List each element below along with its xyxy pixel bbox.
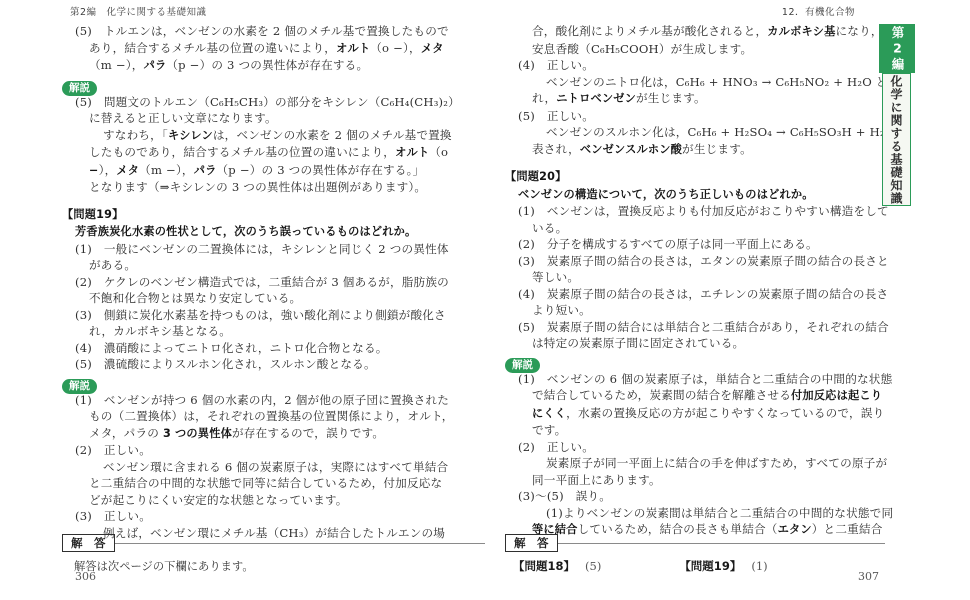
- body-text: より短い。: [532, 303, 591, 317]
- body-text: 安息香酸（C₆H₅COOH）が生成します。: [532, 42, 752, 56]
- body-text: が生じます。: [636, 91, 706, 105]
- body-text: (5) 炭素原子間の結合には単結合と二重結合があり，それぞれの結合: [518, 320, 889, 334]
- body-text: ベンゼンのニトロ化は，C₆H₆ + HNO₃ → C₆H₅NO₂ + H₂O と…: [546, 75, 911, 89]
- text-line: (2) 正しい。: [62, 442, 485, 459]
- body-text: (2) 正しい。: [75, 443, 151, 457]
- text-line: (2) 正しい。: [505, 439, 885, 456]
- answer-note: 解答は次ページの下欄にあります。: [62, 558, 485, 574]
- body-text: (1) ベンゼンが持つ 6 個の水素の内，2 個が他の原子団に置換された: [75, 393, 449, 407]
- text-line: れ，ニトロベンゼンが生じます。: [505, 90, 885, 108]
- right-page: 12．有機化合物 合，酸化剤によりメチル基が酸化されると，カルボキシ基になり，安…: [505, 0, 885, 600]
- body-text: れ，: [532, 91, 556, 105]
- body-text: 等しい。: [532, 270, 579, 284]
- body-text: (1) ベンゼンは，置換反応よりも付加反応がおこりやすい構造をして: [518, 204, 889, 218]
- body-text: が生じます。: [682, 142, 752, 156]
- text-line: ベンゼンのニトロ化は，C₆H₆ + HNO₃ → C₆H₅NO₂ + H₂O と…: [505, 74, 885, 91]
- emphasis-text: キシレン: [168, 129, 213, 142]
- text-line: (3) 側鎖に炭化水素基を持つものは，強い酸化剤により側鎖が酸化さ: [62, 307, 485, 324]
- text-line: (1) ベンゼンが持つ 6 個の水素の内，2 個が他の原子団に置換された: [62, 392, 485, 409]
- text-line: 合，酸化剤によりメチル基が酸化されると，カルボキシ基になり，: [505, 23, 885, 41]
- emphasis-text: 付加反応は起こり: [791, 389, 882, 402]
- text-line: −），メタ（m −），パラ（p −）の 3 つの異性体が存在する。」: [62, 162, 485, 180]
- body-text: (3) 正しい。: [75, 509, 151, 523]
- answer-value: (1): [751, 559, 767, 573]
- body-text: もの（二置換体）は，それぞれの置換基の位置関係により，オルト，: [89, 409, 454, 423]
- emphasis-text: カルボキシ基: [767, 25, 835, 38]
- body-text: (2) 分子を構成するすべての原子は同一平面上にある。: [518, 237, 818, 251]
- right-page-body: 合，酸化剤によりメチル基が酸化されると，カルボキシ基になり，安息香酸（C₆H₅C…: [505, 0, 885, 539]
- emphasis-text: 【問題19】: [62, 208, 124, 221]
- text-line: 炭素原子が同一平面上に結合の手を伸ばすため，すべての原子が: [505, 455, 885, 472]
- text-line: (3) 正しい。: [62, 508, 485, 525]
- body-text: (2) ケクレのベンゼン構造式では，二重結合が 3 個あるが，脂肪族の: [75, 275, 449, 289]
- body-text: (1) ベンゼンの 6 個の炭素原子は，単結合と二重結合の中間的な状態: [518, 372, 892, 386]
- body-text: （m −），: [89, 58, 144, 72]
- body-text: (1)よりベンゼンの炭素間は単結合と二重結合の中間的な状態で同: [546, 506, 893, 520]
- emphasis-text: オルト: [395, 146, 429, 159]
- body-text: ，水素の置換反応の方が起こりやすくなっているので，誤り: [566, 406, 884, 420]
- text-line: すなわち，「キシレンは，ベンゼンの水素を 2 個のメチル基で置換: [62, 127, 485, 145]
- body-text: (3) 側鎖に炭化水素基を持つものは，強い酸化剤により側鎖が酸化さ: [75, 308, 446, 322]
- body-text: が存在するので，誤りです。: [232, 426, 384, 440]
- text-line: がある。: [62, 257, 485, 274]
- answer-value: (5): [585, 559, 601, 573]
- emphasis-text: 3 つの異性体: [163, 427, 232, 440]
- body-text: になり，: [836, 24, 883, 38]
- text-line: (2) 分子を構成するすべての原子は同一平面上にある。: [505, 236, 885, 253]
- text-line: に替えると正しい文章になります。: [62, 110, 485, 127]
- body-text: 合，酸化剤によりメチル基が酸化されると，: [532, 24, 767, 38]
- body-text: に替えると正しい文章になります。: [89, 111, 277, 125]
- body-text: は，ベンゼンの水素を 2 個のメチル基で置換: [213, 128, 452, 142]
- text-line: (1) 一般にベンゼンの二置換体には，キシレンと同じく 2 つの異性体: [62, 241, 485, 258]
- answer-box: 解 答: [62, 534, 485, 552]
- text-line: (5) 濃硫酸によりスルホン化され，スルホン酸となる。: [62, 356, 485, 373]
- body-text: (4) 炭素原子間の結合の長さは，エチレンの炭素原子間の結合の長さ: [518, 287, 888, 301]
- body-text: がある。: [89, 258, 136, 272]
- kaisetsu-badge-row: 解説: [505, 353, 885, 370]
- spacer: [505, 158, 885, 168]
- kaisetsu-badge-row: 解説: [62, 374, 485, 391]
- text-line: 芳香族炭化水素の性状として，次のうち誤っているものはどれか。: [62, 223, 485, 241]
- text-line: (5) 炭素原子間の結合には単結合と二重結合があり，それぞれの結合: [505, 319, 885, 336]
- text-line: 等しい。: [505, 269, 885, 286]
- answer-box-label: 解 答: [505, 534, 558, 552]
- text-line: もの（二置換体）は，それぞれの置換基の位置関係により，オルト，: [62, 408, 485, 425]
- answer-box-rule: [558, 543, 886, 544]
- emphasis-text: メタ: [116, 164, 139, 177]
- body-text: 不飽和化合物とは異なり安定している。: [89, 291, 301, 305]
- left-page: 第2編 化学に関する基礎知識 (5) トルエンは，ベンゼンの水素を 2 個のメチ…: [62, 0, 485, 600]
- text-line: (3)～(5) 誤り。: [505, 488, 885, 505]
- text-line: 不飽和化合物とは異なり安定している。: [62, 290, 485, 307]
- body-text: れ，カルボキシ基となる。: [89, 324, 231, 338]
- body-text: いる。: [532, 221, 567, 235]
- body-text: (3)～(5) 誤り。: [518, 489, 611, 503]
- text-line: (2) ケクレのベンゼン構造式では，二重結合が 3 個あるが，脂肪族の: [62, 274, 485, 291]
- text-line: れ，カルボキシ基となる。: [62, 323, 485, 340]
- text-line: したものであり，結合するメチル基の位置の違いにより，オルト（o: [62, 144, 485, 162]
- emphasis-text: ベンゼンスルホン酸: [580, 143, 682, 156]
- answers-row: 【問題18】(5) 【問題19】(1): [505, 558, 885, 574]
- text-line: と二重結合の中間的な状態で同等に結合しているため，付加反応な: [62, 475, 485, 492]
- text-line: ベンゼンのスルホン化は，C₆H₆ + H₂SO₄ → C₆H₅SO₃H + H₂…: [505, 124, 885, 141]
- spacer: [62, 196, 485, 206]
- body-text: すなわち，「: [103, 128, 168, 142]
- emphasis-text: メタ: [421, 42, 444, 55]
- body-text: (2) 正しい。: [518, 440, 594, 454]
- text-line: (3) 炭素原子間の結合の長さは，エタンの炭素原子間の結合の長さと: [505, 253, 885, 270]
- text-line: (1) ベンゼンは，置換反応よりも付加反応がおこりやすい構造をして: [505, 203, 885, 220]
- text-line: ベンゼンの構造について，次のうち正しいものはどれか。: [505, 186, 885, 204]
- text-line: ベンゼン環に含まれる 6 個の炭素原子は，実際にはすべて単結合: [62, 459, 485, 476]
- answer-box-label: 解 答: [62, 534, 115, 552]
- left-running-header: 第2編 化学に関する基礎知識: [70, 4, 207, 18]
- text-line: (1)よりベンゼンの炭素間は単結合と二重結合の中間的な状態で同: [505, 505, 885, 522]
- body-text: (5) トルエンは，ベンゼンの水素を 2 個のメチル基で置換したもので: [75, 24, 449, 38]
- text-line: メタ，パラの 3 つの異性体が存在するので，誤りです。: [62, 425, 485, 443]
- right-answer-section: 解 答 【問題18】(5) 【問題19】(1): [505, 534, 885, 574]
- left-answer-section: 解 答 解答は次ページの下欄にあります。: [62, 534, 485, 574]
- text-line: 同一平面上にあります。: [505, 472, 885, 489]
- kaisetsu-badge-row: 解説: [62, 76, 485, 93]
- answer-problem-label: 【問題19】: [679, 559, 741, 573]
- emphasis-text: パラ: [144, 59, 167, 72]
- text-line: 【問題20】: [505, 168, 885, 186]
- body-text: ），: [99, 163, 117, 177]
- body-text: (5) 濃硫酸によりスルホン化され，スルホン酸となる。: [75, 357, 376, 371]
- text-line: は特定の炭素原子間に固定されている。: [505, 335, 885, 352]
- body-text: ベンゼン環に含まれる 6 個の炭素原子は，実際にはすべて単結合: [103, 460, 448, 474]
- text-line: です。: [505, 422, 885, 439]
- body-text: (3) 炭素原子間の結合の長さは，エタンの炭素原子間の結合の長さと: [518, 254, 889, 268]
- answer-item: 【問題19】(1): [679, 558, 767, 574]
- emphasis-text: 芳香族炭化水素の性状として，次のうち誤っているものはどれか。: [75, 225, 416, 238]
- body-text: メタ，パラの: [89, 426, 163, 440]
- right-running-header: 12．有機化合物: [782, 4, 855, 18]
- body-text: あり，結合するメチル基の位置の違いにより，: [89, 41, 336, 55]
- text-line: (5) 問題文のトルエン（C₆H₅CH₃）の部分をキシレン（C₆H₄(CH₃)₂…: [62, 94, 485, 111]
- answer-box: 解 答: [505, 534, 885, 552]
- chapter-tab-part-label: 第2編: [879, 24, 915, 73]
- body-text: （o −），: [370, 41, 421, 55]
- body-text: です。: [532, 423, 566, 437]
- text-line: (4) 濃硝酸によってニトロ化され，ニトロ化合物となる。: [62, 340, 485, 357]
- emphasis-text: にくく: [532, 407, 566, 420]
- text-line: (1) ベンゼンの 6 個の炭素原子は，単結合と二重結合の中間的な状態: [505, 371, 885, 388]
- answer-problem-label: 【問題18】: [513, 559, 575, 573]
- emphasis-text: 【問題20】: [505, 170, 567, 183]
- left-page-body: (5) トルエンは，ベンゼンの水素を 2 個のメチル基で置換したものであり，結合…: [62, 0, 485, 541]
- emphasis-text: パラ: [194, 164, 217, 177]
- text-line: どが起こりにくい安定的な状態となっています。: [62, 492, 485, 509]
- text-line: (5) 正しい。: [505, 108, 885, 125]
- left-page-number: 306: [75, 570, 96, 583]
- text-line: (5) トルエンは，ベンゼンの水素を 2 個のメチル基で置換したもので: [62, 23, 485, 40]
- body-text: どが起こりにくい安定的な状態となっています。: [89, 493, 348, 507]
- text-line: 【問題19】: [62, 206, 485, 224]
- text-line: 安息香酸（C₆H₅COOH）が生成します。: [505, 41, 885, 58]
- body-text: (4) 濃硝酸によってニトロ化され，ニトロ化合物となる。: [75, 341, 388, 355]
- body-text: (4) 正しい。: [518, 58, 594, 72]
- right-page-number: 307: [858, 570, 879, 583]
- body-text: したものであり，結合するメチル基の位置の違いにより，: [89, 145, 395, 159]
- body-text: （o: [429, 145, 448, 159]
- answer-item: 【問題18】(5): [513, 558, 601, 574]
- body-text: （m −），: [139, 163, 194, 177]
- body-text: （p −）の 3 つの異性体が存在する。」: [217, 163, 425, 177]
- text-line: で結合しているため，炭素間の結合を解離させる付加反応は起こり: [505, 387, 885, 405]
- body-text: と二重結合の中間的な状態で同等に結合しているため，付加反応な: [89, 476, 442, 490]
- body-text: は特定の炭素原子間に固定されている。: [532, 336, 744, 350]
- body-text: 炭素原子が同一平面上に結合の手を伸ばすため，すべての原子が: [546, 456, 887, 470]
- emphasis-text: −: [89, 164, 99, 177]
- text-line: あり，結合するメチル基の位置の違いにより，オルト（o −），メタ: [62, 40, 485, 58]
- emphasis-text: オルト: [336, 42, 370, 55]
- text-line: にくく，水素の置換反応の方が起こりやすくなっているので，誤り: [505, 405, 885, 423]
- emphasis-text: ベンゼンの構造について，次のうち正しいものはどれか。: [518, 188, 814, 201]
- text-line: 表され，ベンゼンスルホン酸が生じます。: [505, 141, 885, 159]
- text-line: より短い。: [505, 302, 885, 319]
- body-text: 表され，: [532, 142, 580, 156]
- text-line: いる。: [505, 220, 885, 237]
- text-line: (4) 正しい。: [505, 57, 885, 74]
- body-text: となります（⇒キシレンの 3 つの異性体は出題例があります）。: [89, 180, 426, 194]
- body-text: (5) 正しい。: [518, 109, 594, 123]
- body-text: で結合しているため，炭素間の結合を解離させる: [532, 388, 791, 402]
- text-line: となります（⇒キシレンの 3 つの異性体は出題例があります）。: [62, 179, 485, 196]
- chapter-tab-title-label: 化学に関する基礎知識: [882, 73, 911, 206]
- emphasis-text: ニトロベンゼン: [556, 92, 636, 105]
- body-text: (1) 一般にベンゼンの二置換体には，キシレンと同じく 2 つの異性体: [75, 242, 449, 256]
- chapter-side-tab: 第2編 化学に関する基礎知識: [879, 24, 915, 206]
- body-text: 同一平面上にあります。: [532, 473, 661, 487]
- text-line: （m −），パラ（p −）の 3 つの異性体が存在する。: [62, 57, 485, 75]
- body-text: （p −）の 3 つの異性体が存在する。: [166, 58, 368, 72]
- body-text: (5) 問題文のトルエン（C₆H₅CH₃）の部分をキシレン（C₆H₄(CH₃)₂…: [75, 95, 460, 109]
- text-line: (4) 炭素原子間の結合の長さは，エチレンの炭素原子間の結合の長さ: [505, 286, 885, 303]
- answer-box-rule: [115, 543, 486, 544]
- body-text: ベンゼンのスルホン化は，C₆H₆ + H₂SO₄ → C₆H₅SO₃H + H₂…: [546, 125, 910, 139]
